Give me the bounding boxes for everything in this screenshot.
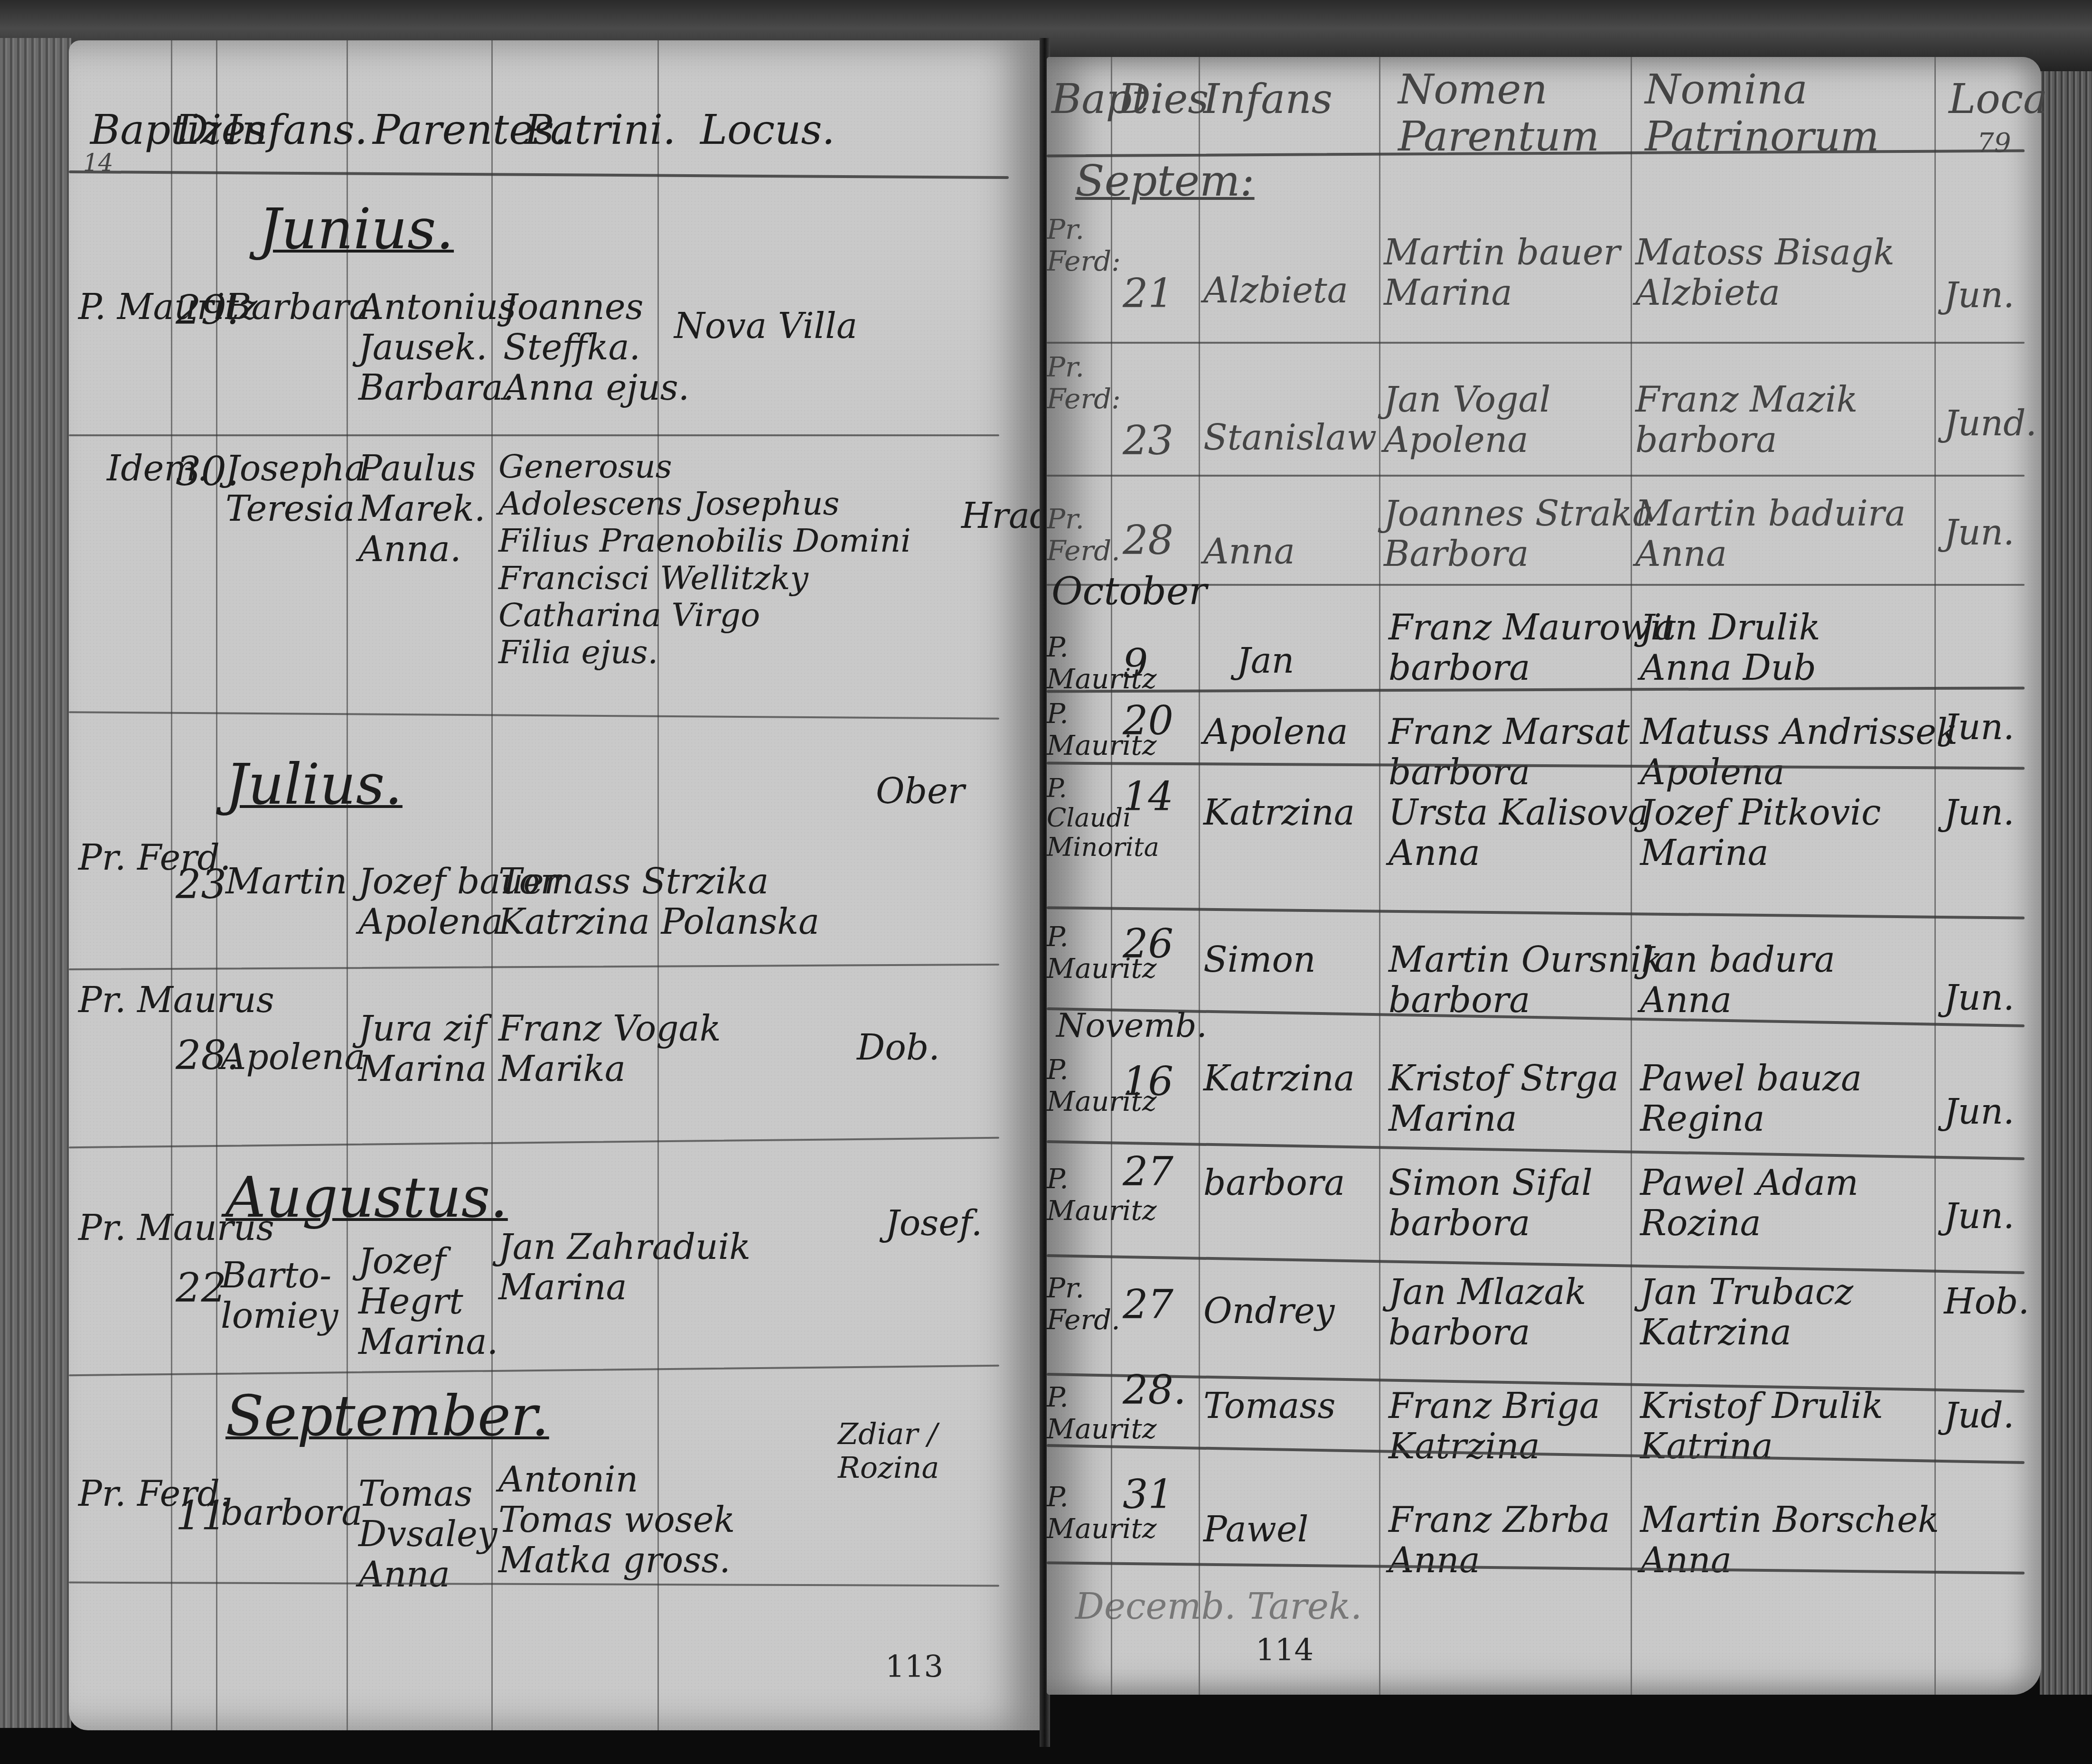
header-locus: Locus. xyxy=(700,107,835,154)
entry-infans: barbora xyxy=(1203,1163,1345,1203)
column-rule xyxy=(1631,57,1632,1695)
entry-locus: Jun. xyxy=(1944,793,2015,833)
entry-parentes: Simon Sifal barbora xyxy=(1388,1163,1593,1244)
entry-dies: 11 xyxy=(176,1493,226,1539)
entry-patrini: Jozef Pitkovic Marina xyxy=(1640,793,1881,873)
entry-rule xyxy=(69,1365,999,1377)
entry-infans: Barto- lomiey xyxy=(221,1256,338,1336)
page-number: 114 xyxy=(1256,1633,1313,1668)
entry-rule xyxy=(69,434,999,436)
entry-parentes: Franz Marsat barbora xyxy=(1388,712,1630,793)
column-rule xyxy=(1111,57,1112,1695)
entry-locus: Jun. xyxy=(1944,1196,2015,1237)
entry-baptizans: P. Mauritz xyxy=(1047,1481,1108,1544)
entry-patrini: Martin baduira Anna xyxy=(1635,494,1906,574)
header-patrini: Patrini. xyxy=(525,107,676,154)
folio-mark: 14 xyxy=(83,150,113,177)
entry-locus: Jun. xyxy=(1944,275,2015,316)
entry-patrini: Jan badura Anna xyxy=(1640,940,1835,1021)
entry-baptizans: P. Mauritz xyxy=(1047,1054,1108,1117)
entry-infans: Anna xyxy=(1203,532,1295,572)
header-dies: Dies xyxy=(1118,76,1209,123)
entry-baptizans: Pr. Maurus xyxy=(78,980,274,1021)
entry-infans: Ondrey xyxy=(1203,1291,1335,1332)
entry-rule xyxy=(1047,906,2025,920)
entry-parentes: Jan Vogal Apolena xyxy=(1384,380,1550,460)
entry-locus: Zdiar / Rozina xyxy=(838,1417,1042,1485)
entry-locus: Ober xyxy=(876,771,965,812)
entry-infans: Alzbieta xyxy=(1203,271,1348,311)
entry-patrini: Pawel Adam Rozina xyxy=(1640,1163,1858,1244)
entry-baptizans: P. Mauritz xyxy=(1047,1381,1108,1445)
entry-infans: Katrzina xyxy=(1203,793,1355,833)
entry-baptizans: P. Mauritz xyxy=(1047,1163,1108,1226)
entry-parentes: Antonius Jausek. Barbara. xyxy=(358,287,516,408)
month-heading: Julius. xyxy=(225,752,403,817)
entry-locus: Jund. xyxy=(1944,403,2037,444)
entry-locus: Nova Villa xyxy=(674,306,857,347)
entry-dies: 21 xyxy=(1123,271,1173,317)
entry-patrini: Franz Mazik barbora xyxy=(1635,380,1857,460)
page-mark: 79 xyxy=(1977,128,2011,159)
entry-patrini: Matuss Andrissek Apolena xyxy=(1640,712,1958,793)
entry-patrini: Generosus Adolescens Josephus Filius Pra… xyxy=(498,449,911,671)
entry-baptizans: Pr. Ferd: xyxy=(1047,351,1108,414)
month-heading: October xyxy=(1051,570,1207,613)
month-heading: September. xyxy=(225,1384,549,1448)
entry-locus: Josef. xyxy=(885,1203,982,1244)
entry-infans: Tomass xyxy=(1203,1386,1335,1426)
entry-locus: Jun. xyxy=(1944,513,2015,553)
entry-dies: 28. xyxy=(1123,1367,1186,1413)
month-heading: Decemb. Tarek. xyxy=(1075,1586,1362,1627)
entry-dies: 22 xyxy=(176,1265,226,1311)
right-page: Bapt. Dies Infans Nomen Parentum Nomina … xyxy=(1047,57,2041,1695)
entry-dies: 14 xyxy=(1123,774,1173,820)
month-heading: Junius. xyxy=(259,197,454,262)
entry-locus: Jun. xyxy=(1944,978,2015,1018)
page-number: 113 xyxy=(885,1650,943,1685)
entry-parentes: Kristof Strga Marina xyxy=(1388,1059,1619,1139)
header-infans: Infans. xyxy=(225,107,367,154)
entry-dies: 23 xyxy=(176,862,226,908)
entry-infans: Josepha Teresia xyxy=(225,449,366,529)
entry-patrini: Jan Drulik Anna Dub xyxy=(1640,608,1820,688)
entry-parentes: Ursta Kalisova Anna xyxy=(1388,793,1649,873)
entry-rule xyxy=(1047,475,2025,477)
entry-baptizans: P. Claudi Minorita xyxy=(1047,774,1111,862)
header-infans: Infans xyxy=(1203,76,1332,123)
entry-dies: 16 xyxy=(1123,1059,1173,1105)
header-nomina-patrinorum: Nomina Patrinorum xyxy=(1645,66,1911,160)
entry-rule xyxy=(1047,342,2025,344)
entry-baptizans: Pr. Maurus xyxy=(78,1208,274,1248)
entry-parentes: Jura zif Marina xyxy=(358,1009,487,1089)
entry-baptizans: P. Mauritz xyxy=(1047,698,1108,761)
entry-patrini: Jan Trubacz Katrzina xyxy=(1640,1272,1853,1353)
left-page: Baptiz. Dies Infans. Parentes. Patrini. … xyxy=(69,40,1042,1730)
entry-rule xyxy=(69,1137,999,1149)
entry-infans: Martin xyxy=(225,862,347,902)
entry-infans: Katrzina xyxy=(1203,1059,1355,1099)
entry-dies: 9 xyxy=(1123,641,1148,687)
entry-parentes: Tomas Dvsaley Anna xyxy=(358,1474,497,1595)
entry-patrini: Pawel bauza Regina xyxy=(1640,1059,1862,1139)
entry-infans: Stanislaw xyxy=(1203,418,1377,458)
entry-parentes: Martin bauer Marina xyxy=(1384,233,1620,313)
entry-rule xyxy=(1047,1140,2025,1160)
entry-patrini: Joannes Steffka. Anna ejus. xyxy=(503,287,689,408)
entry-locus: Jun. xyxy=(1944,1092,2015,1132)
entry-parentes: Franz Maurowit barbora xyxy=(1388,608,1676,688)
entry-infans: Pawel xyxy=(1203,1510,1308,1550)
entry-parentes: Paulus Marek. Anna. xyxy=(358,449,485,570)
entry-rule xyxy=(1047,1254,2025,1274)
entry-parentes: Joannes Straka Barbora xyxy=(1384,494,1653,574)
entry-locus: Hob. xyxy=(1944,1282,2029,1322)
entry-parentes: Martin Oursnik barbora xyxy=(1388,940,1663,1021)
entry-rule xyxy=(69,1582,999,1587)
entry-patrini: Franz Vogak Marika xyxy=(498,1009,721,1089)
entry-locus: Dob. xyxy=(857,1028,940,1068)
entry-infans: Apolena xyxy=(1203,712,1348,752)
month-heading: Septem: xyxy=(1075,157,1255,206)
header-rule xyxy=(69,170,1009,179)
header-loca: Loca xyxy=(1949,76,2047,123)
book-page-stack-right xyxy=(2040,71,2092,1695)
entry-dies: 27 xyxy=(1123,1149,1173,1195)
entry-baptizans: Pr. Ferd: xyxy=(1047,214,1108,277)
entry-dies: 26 xyxy=(1123,921,1173,967)
entry-locus: Jud. xyxy=(1944,1396,2014,1436)
entry-dies: 20 xyxy=(1123,698,1173,744)
entry-infans: Apolena xyxy=(221,1037,366,1078)
entry-baptizans: P. Mauritz xyxy=(1047,631,1108,694)
entry-locus: Jun. xyxy=(1944,707,2015,748)
entry-infans: Simon xyxy=(1203,940,1316,980)
book-page-stack-left xyxy=(0,38,71,1728)
entry-dies: 23 xyxy=(1123,418,1173,464)
entry-baptizans: Pr. Ferd. xyxy=(1047,1272,1108,1335)
column-rule xyxy=(1379,57,1380,1695)
entry-infans: barbora xyxy=(221,1493,362,1533)
entry-patrini: Antonin Tomas wosek Matka gross. xyxy=(498,1460,735,1581)
entry-dies: 28 xyxy=(1123,517,1173,563)
entry-infans: Jan xyxy=(1237,641,1294,681)
column-rule xyxy=(1934,57,1936,1695)
entry-parentes: Jan Mlazak barbora xyxy=(1388,1272,1586,1353)
entry-patrini: Jan Zahraduik Marina xyxy=(498,1227,750,1308)
entry-rule xyxy=(69,711,999,720)
entry-patrini: Tomass Strzika Katrzina Polanska xyxy=(498,862,819,942)
month-heading: Novemb. xyxy=(1056,1006,1207,1045)
entry-dies: 31 xyxy=(1123,1472,1173,1518)
entry-dies: 27 xyxy=(1123,1282,1173,1328)
entry-patrini: Matoss Bisagk Alzbieta xyxy=(1635,233,1895,313)
entry-rule xyxy=(69,964,999,970)
entry-baptizans: Pr. Ferd. xyxy=(1047,503,1108,566)
entry-baptizans: P. Mauritz xyxy=(1047,921,1108,984)
entry-parentes: Jozef Hegrt Marina. xyxy=(358,1241,498,1362)
header-nomen-parentum: Nomen Parentum xyxy=(1398,66,1616,160)
